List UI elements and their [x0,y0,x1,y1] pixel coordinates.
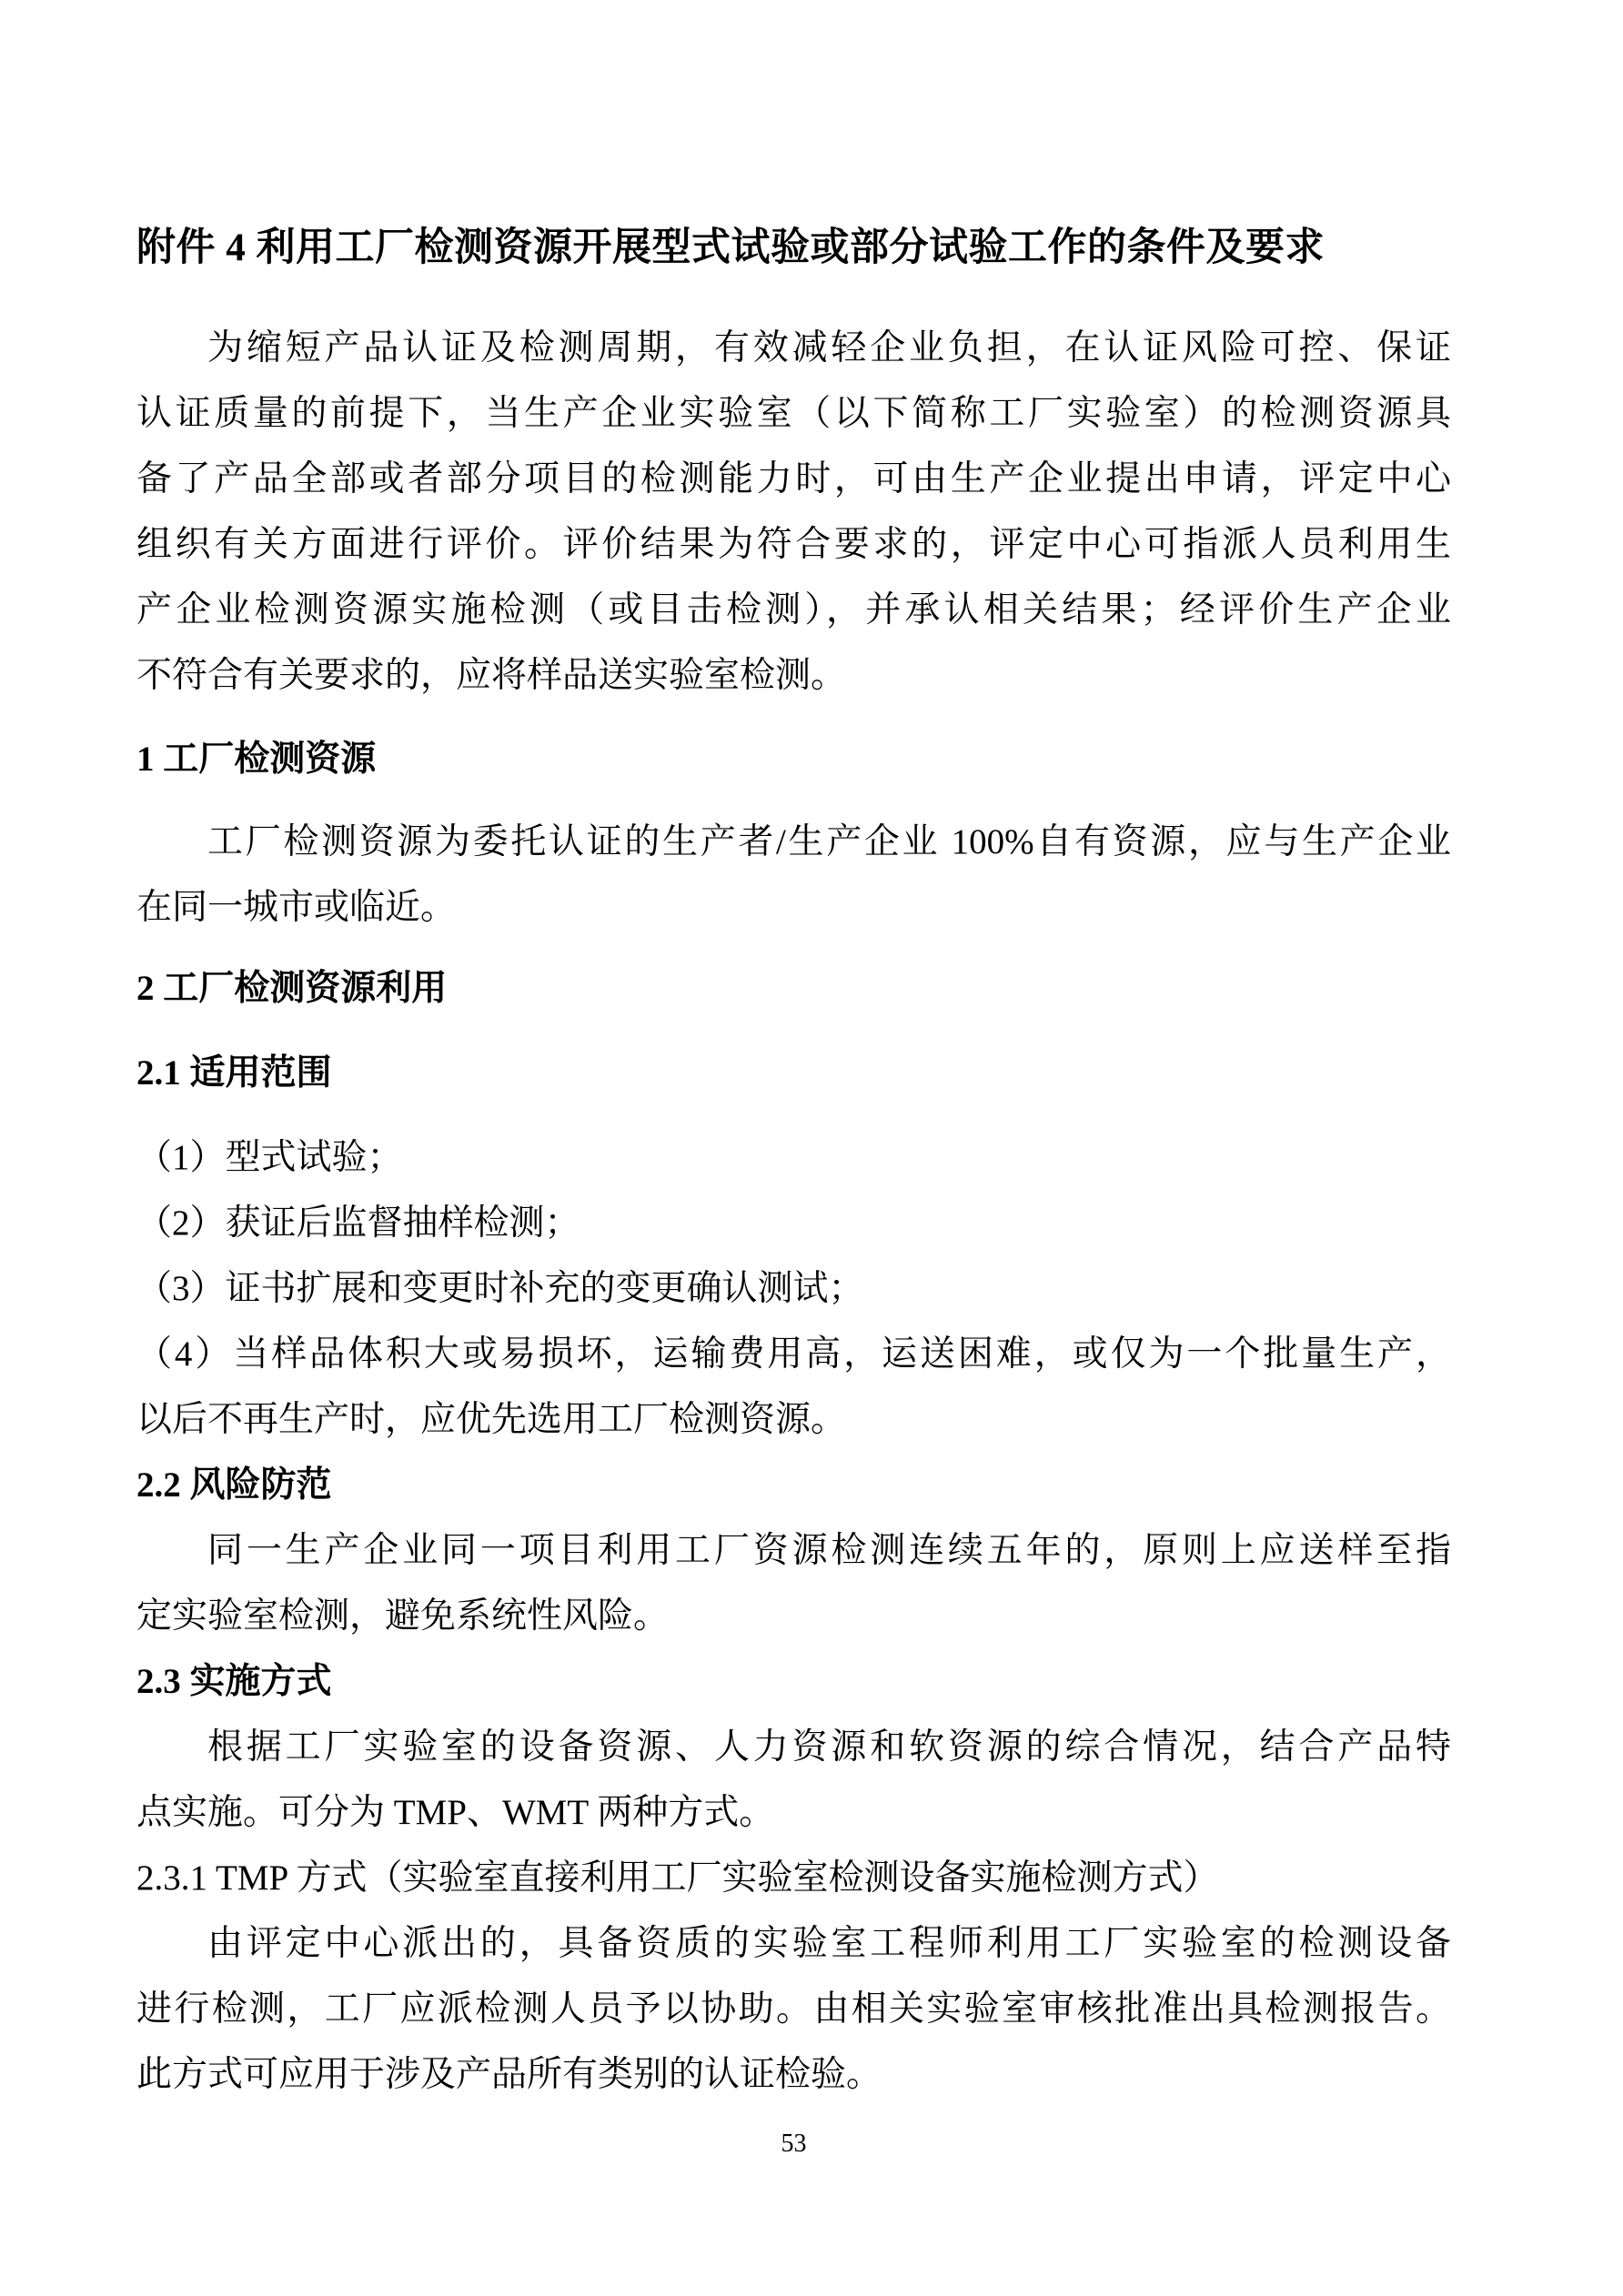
text-line: 在同一城市或临近。 [136,875,1451,941]
section-h-2-3: 2.3 实施方式 [136,1649,1451,1715]
text-line: 点实施。可分为 TMP、WMT 两种方式。 [136,1780,1451,1846]
document-title: 附件 4 利用工厂检测资源开展型式试验或部分试验工作的条件及要求 [136,226,1451,270]
text-line: 不符合有关要求的，应将样品送实验室检测。 [136,643,1451,709]
list-scope: （1）型式试验；（2）获证后监督抽样检测；（3）证书扩展和变更时补充的变更确认测… [136,1125,1451,1453]
text-line: 同一生产企业同一项目利用工厂资源检测连续五年的，原则上应送样至指 [136,1518,1451,1584]
section-h-2: 2 工厂检测资源利用 [136,956,1451,1022]
text-line: （4）当样品体积大或易损坏，运输费用高，运送困难，或仅为一个批量生产， [136,1322,1451,1387]
text-line: 定实验室检测，避免系统性风险。 [136,1584,1451,1649]
text-line: 备了产品全部或者部分项目的检测能力时，可由生产企业提出申请，评定中心 [136,447,1451,512]
text-line: 此方式可应用于涉及产品所有类别的认证检验。 [136,2042,1451,2108]
text-line: 进行检测，工厂应派检测人员予以协助。由相关实验室审核批准出具检测报告。 [136,1977,1451,2042]
p-tmp: 由评定中心派出的，具备资质的实验室工程师利用工厂实验室的检测设备进行检测，工厂应… [136,1911,1451,2108]
text-line: 认证质量的前提下，当生产企业实验室（以下简称工厂实验室）的检测资源具 [136,381,1451,447]
text-line: 由评定中心派出的，具备资质的实验室工程师利用工厂实验室的检测设备 [136,1911,1451,1977]
section-h-2-1: 2.1 适用范围 [136,1041,1451,1106]
document-page: 附件 4 利用工厂检测资源开展型式试验或部分试验工作的条件及要求 为缩短产品认证… [0,0,1623,2296]
section-h-1: 1 工厂检测资源 [136,727,1451,792]
text-line: 根据工厂实验室的设备资源、人力资源和软资源的综合情况，结合产品特 [136,1715,1451,1780]
text-line: （2）获证后监督抽样检测； [136,1191,1451,1256]
section-h-2-2: 2.2 风险防范 [136,1453,1451,1518]
p-impl: 根据工厂实验室的设备资源、人力资源和软资源的综合情况，结合产品特点实施。可分为 … [136,1715,1451,1846]
text-line: 为缩短产品认证及检测周期，有效减轻企业负担，在认证风险可控、保证 [136,316,1451,381]
text-line: 以后不再生产时，应优先选用工厂检测资源。 [136,1387,1451,1453]
p-intro: 为缩短产品认证及检测周期，有效减轻企业负担，在认证风险可控、保证认证质量的前提下… [136,316,1451,709]
section-h-2-3-1: 2.3.1 TMP 方式（实验室直接利用工厂实验室检测设备实施检测方式） [136,1846,1451,1911]
page-number: 53 [136,2129,1451,2160]
text-line: 工厂检测资源为委托认证的生产者/生产企业 100%自有资源，应与生产企业 [136,810,1451,875]
document-body: 附件 4 利用工厂检测资源开展型式试验或部分试验工作的条件及要求 为缩短产品认证… [136,0,1451,2108]
text-line: 产企业检测资源实施检测（或目击检测），并承认相关结果；经评价生产企业 [136,578,1451,643]
text-line: 组织有关方面进行评价。评价结果为符合要求的，评定中心可指派人员利用生 [136,512,1451,578]
text-line: （1）型式试验； [136,1125,1451,1191]
p-resource: 工厂检测资源为委托认证的生产者/生产企业 100%自有资源，应与生产企业在同一城… [136,810,1451,941]
text-line: （3）证书扩展和变更时补充的变更确认测试； [136,1256,1451,1322]
p-risk: 同一生产企业同一项目利用工厂资源检测连续五年的，原则上应送样至指定实验室检测，避… [136,1518,1451,1649]
